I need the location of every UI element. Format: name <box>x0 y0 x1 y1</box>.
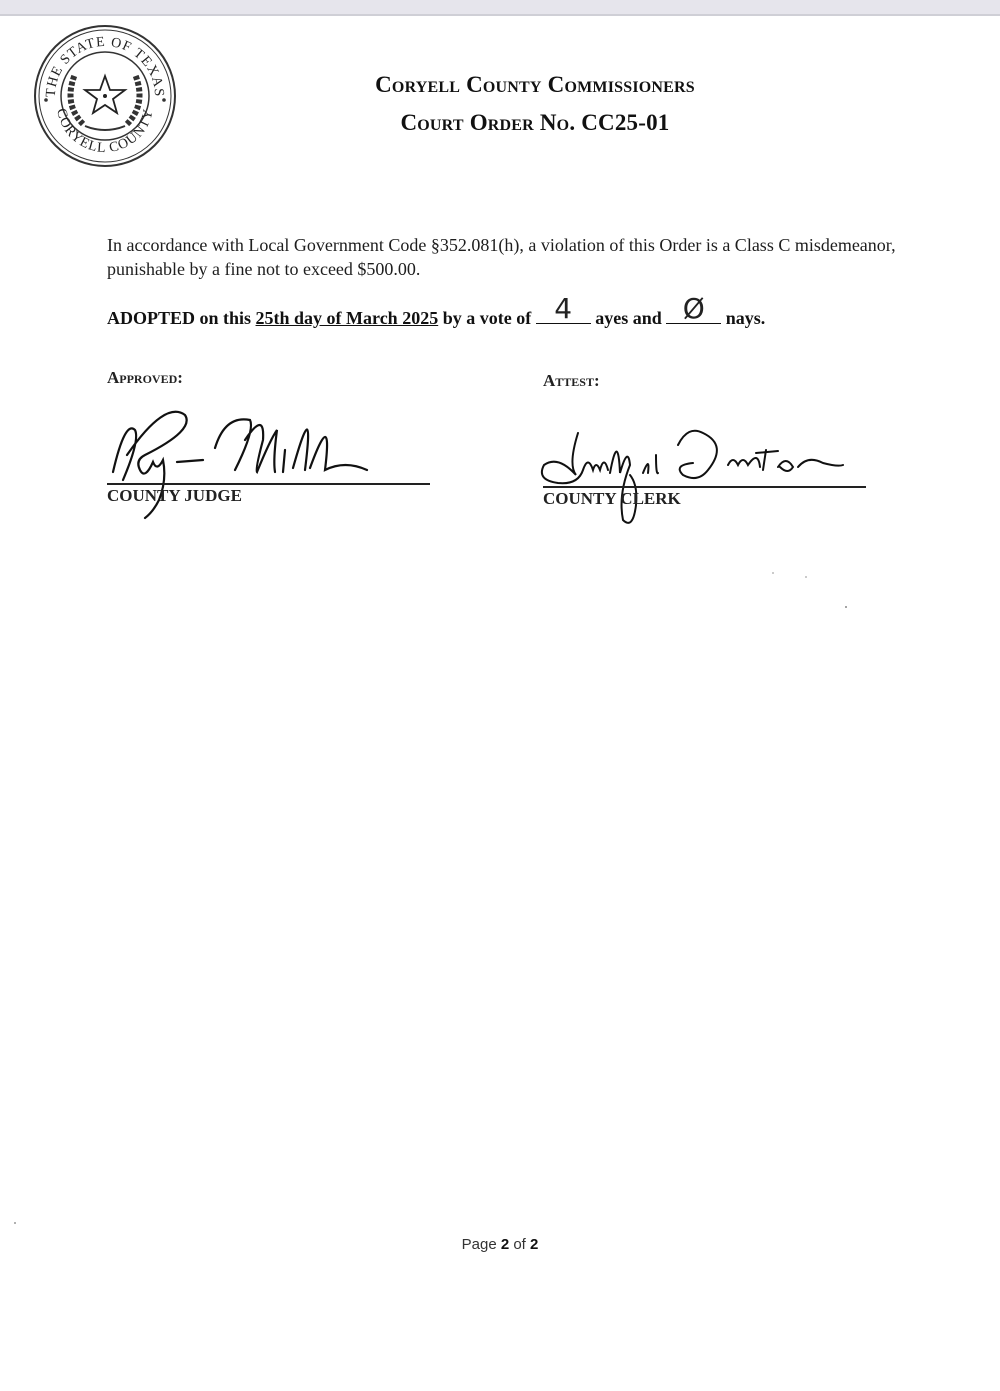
page-number: Page 2 of 2 <box>0 1236 1000 1253</box>
scan-speck <box>14 1222 16 1224</box>
handwritten-signature-clerk-icon <box>538 425 848 530</box>
ayes-label: ayes and <box>591 308 667 328</box>
document-title: Coryell County Commissioners Court Order… <box>300 66 770 142</box>
adopted-date: 25th day of March 2025 <box>256 308 439 328</box>
county-clerk-label: COUNTY CLERK <box>543 489 681 509</box>
title-line-1: Coryell County Commissioners <box>300 66 770 104</box>
page-prefix: Page <box>462 1236 501 1253</box>
current-page: 2 <box>501 1236 509 1253</box>
nays-value: Ø <box>666 295 721 323</box>
judge-signature-line <box>107 483 430 485</box>
ayes-blank: 4 <box>536 303 591 324</box>
adopted-statement: ADOPTED on this 25th day of March 2025 b… <box>107 303 927 329</box>
total-pages: 2 <box>530 1236 538 1253</box>
approved-label: Approved: <box>107 368 183 388</box>
scan-speck <box>805 576 807 578</box>
penalty-paragraph: In accordance with Local Government Code… <box>107 233 927 281</box>
county-judge-label: COUNTY JUDGE <box>107 486 242 506</box>
nays-blank: Ø <box>666 303 721 324</box>
page-of: of <box>509 1236 530 1253</box>
clerk-signature-line <box>543 486 866 488</box>
adopted-prefix: ADOPTED on this <box>107 308 256 328</box>
scan-speck <box>772 572 774 574</box>
ayes-value: 4 <box>536 295 591 323</box>
document-page <box>0 16 1000 1391</box>
title-line-2: Court Order No. CC25-01 <box>300 104 770 142</box>
svg-text:CORYELL COUNTY: CORYELL COUNTY <box>53 107 157 156</box>
adopted-middle: by a vote of <box>438 308 536 328</box>
viewer-top-bar <box>0 0 1000 16</box>
attest-label: Attest: <box>543 371 600 391</box>
texas-county-seal-icon: THE STATE OF TEXAS CORYELL COUNTY <box>33 24 177 168</box>
nays-label: nays. <box>721 308 765 328</box>
scan-speck <box>845 606 847 608</box>
